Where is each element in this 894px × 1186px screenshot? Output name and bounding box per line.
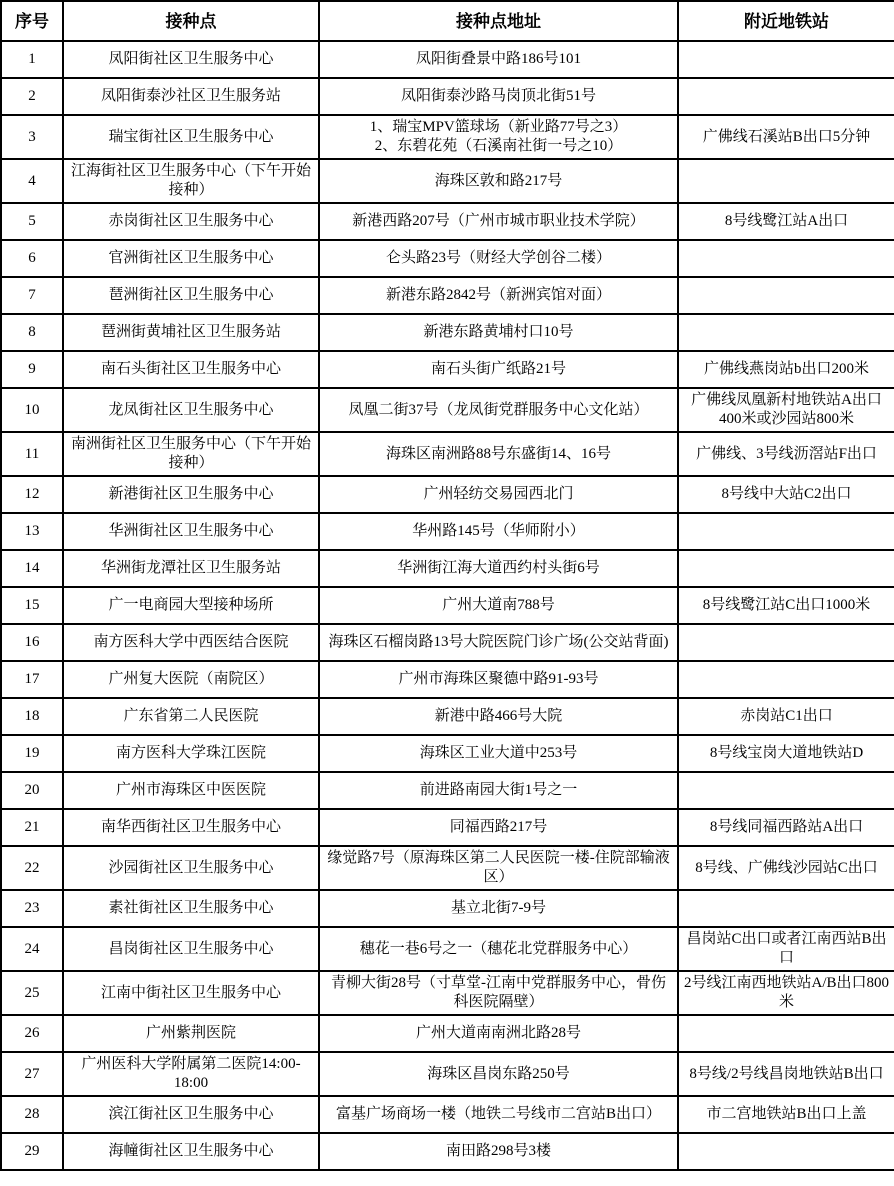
cell-address: 凤阳街叠景中路186号101: [319, 41, 678, 78]
table-row: 6官洲街社区卫生服务中心仑头路23号（财经大学创谷二楼）: [1, 240, 894, 277]
cell-site: 华洲街社区卫生服务中心: [63, 513, 319, 550]
table-row: 16南方医科大学中西医结合医院海珠区石榴岗路13号大院医院门诊广场(公交站背面): [1, 624, 894, 661]
cell-metro: [678, 41, 894, 78]
cell-metro: [678, 890, 894, 927]
table-header-row: 序号 接种点 接种点地址 附近地铁站: [1, 1, 894, 41]
cell-metro: 2号线江南西地铁站A/B出口800米: [678, 971, 894, 1015]
cell-index: 4: [1, 159, 63, 203]
table-row: 22沙园街社区卫生服务中心缘觉路7号（原海珠区第二人民医院一楼-住院部输液区）8…: [1, 846, 894, 890]
cell-site: 广州医科大学附属第二医院14:00-18:00: [63, 1052, 319, 1096]
table-row: 25江南中街社区卫生服务中心青柳大街28号（寸草堂-江南中党群服务中心，骨伤科医…: [1, 971, 894, 1015]
table-row: 14华洲街龙潭社区卫生服务站华洲街江海大道西约村头街6号: [1, 550, 894, 587]
cell-metro: 赤岗站C1出口: [678, 698, 894, 735]
cell-metro: [678, 661, 894, 698]
cell-index: 21: [1, 809, 63, 846]
table-row: 23素社街社区卫生服务中心基立北街7-9号: [1, 890, 894, 927]
cell-site: 广一电商园大型接种场所: [63, 587, 319, 624]
table-row: 9南石头街社区卫生服务中心南石头街广纸路21号广佛线燕岗站b出口200米: [1, 351, 894, 388]
cell-metro: [678, 624, 894, 661]
cell-metro: 广佛线、3号线沥滘站F出口: [678, 432, 894, 476]
cell-metro: 8号线中大站C2出口: [678, 476, 894, 513]
cell-address: 海珠区工业大道中253号: [319, 735, 678, 772]
cell-site: 南洲街社区卫生服务中心（下午开始接种）: [63, 432, 319, 476]
cell-metro: [678, 240, 894, 277]
cell-index: 8: [1, 314, 63, 351]
cell-metro: [678, 772, 894, 809]
cell-site: 琶洲街黄埔社区卫生服务站: [63, 314, 319, 351]
cell-index: 13: [1, 513, 63, 550]
cell-index: 23: [1, 890, 63, 927]
cell-address: 华州路145号（华师附小）: [319, 513, 678, 550]
table-row: 15广一电商园大型接种场所广州大道南788号8号线鹭江站C出口1000米: [1, 587, 894, 624]
cell-index: 16: [1, 624, 63, 661]
column-header-metro: 附近地铁站: [678, 1, 894, 41]
cell-index: 29: [1, 1133, 63, 1170]
cell-index: 10: [1, 388, 63, 432]
cell-address: 南田路298号3楼: [319, 1133, 678, 1170]
table-row: 28滨江街社区卫生服务中心富基广场商场一楼（地铁二号线市二宫站B出口）市二宫地铁…: [1, 1096, 894, 1133]
cell-address: 新港东路黄埔村口10号: [319, 314, 678, 351]
table-row: 21南华西街社区卫生服务中心同福西路217号8号线同福西路站A出口: [1, 809, 894, 846]
cell-index: 25: [1, 971, 63, 1015]
cell-site: 瑞宝街社区卫生服务中心: [63, 115, 319, 159]
table-row: 17广州复大医院（南院区）广州市海珠区聚德中路91-93号: [1, 661, 894, 698]
column-header-index: 序号: [1, 1, 63, 41]
cell-index: 2: [1, 78, 63, 115]
cell-index: 27: [1, 1052, 63, 1096]
cell-address: 广州市海珠区聚德中路91-93号: [319, 661, 678, 698]
cell-index: 17: [1, 661, 63, 698]
cell-site: 琶洲街社区卫生服务中心: [63, 277, 319, 314]
cell-address: 海珠区敦和路217号: [319, 159, 678, 203]
cell-site: 南方医科大学珠江医院: [63, 735, 319, 772]
cell-metro: 8号线、广佛线沙园站C出口: [678, 846, 894, 890]
cell-metro: [678, 1015, 894, 1052]
cell-site: 滨江街社区卫生服务中心: [63, 1096, 319, 1133]
cell-site: 赤岗街社区卫生服务中心: [63, 203, 319, 240]
cell-site: 昌岗街社区卫生服务中心: [63, 927, 319, 971]
table-row: 3瑞宝街社区卫生服务中心1、瑞宝MPV篮球场（新业路77号之3） 2、东碧花苑（…: [1, 115, 894, 159]
cell-address: 新港东路2842号（新洲宾馆对面）: [319, 277, 678, 314]
cell-index: 12: [1, 476, 63, 513]
table-row: 8琶洲街黄埔社区卫生服务站新港东路黄埔村口10号: [1, 314, 894, 351]
cell-metro: 8号线鹭江站A出口: [678, 203, 894, 240]
cell-address: 凤阳街泰沙路马岗顶北街51号: [319, 78, 678, 115]
cell-metro: 市二宫地铁站B出口上盖: [678, 1096, 894, 1133]
table-row: 29海幢街社区卫生服务中心南田路298号3楼: [1, 1133, 894, 1170]
column-header-site: 接种点: [63, 1, 319, 41]
cell-address: 新港中路466号大院: [319, 698, 678, 735]
cell-index: 28: [1, 1096, 63, 1133]
cell-index: 20: [1, 772, 63, 809]
cell-site: 南华西街社区卫生服务中心: [63, 809, 319, 846]
cell-address: 富基广场商场一楼（地铁二号线市二宫站B出口）: [319, 1096, 678, 1133]
cell-metro: 8号线宝岗大道地铁站D: [678, 735, 894, 772]
table-row: 11南洲街社区卫生服务中心（下午开始接种）海珠区南洲路88号东盛街14、16号广…: [1, 432, 894, 476]
cell-address: 海珠区南洲路88号东盛街14、16号: [319, 432, 678, 476]
cell-address: 仑头路23号（财经大学创谷二楼）: [319, 240, 678, 277]
cell-metro: [678, 513, 894, 550]
cell-address: 广州大道南南洲北路28号: [319, 1015, 678, 1052]
cell-address: 穗花一巷6号之一（穗花北党群服务中心）: [319, 927, 678, 971]
cell-site: 海幢街社区卫生服务中心: [63, 1133, 319, 1170]
cell-site: 新港街社区卫生服务中心: [63, 476, 319, 513]
cell-site: 南石头街社区卫生服务中心: [63, 351, 319, 388]
cell-address: 广州轻纺交易园西北门: [319, 476, 678, 513]
cell-site: 凤阳街社区卫生服务中心: [63, 41, 319, 78]
cell-site: 广州复大医院（南院区）: [63, 661, 319, 698]
cell-metro: [678, 277, 894, 314]
cell-site: 官洲街社区卫生服务中心: [63, 240, 319, 277]
vaccination-sites-table: 序号 接种点 接种点地址 附近地铁站 1凤阳街社区卫生服务中心凤阳街叠景中路18…: [0, 0, 894, 1171]
cell-address: 基立北街7-9号: [319, 890, 678, 927]
table-row: 2凤阳街泰沙社区卫生服务站凤阳街泰沙路马岗顶北街51号: [1, 78, 894, 115]
cell-site: 广东省第二人民医院: [63, 698, 319, 735]
column-header-address: 接种点地址: [319, 1, 678, 41]
cell-address: 缘觉路7号（原海珠区第二人民医院一楼-住院部输液区）: [319, 846, 678, 890]
cell-address: 前进路南园大街1号之一: [319, 772, 678, 809]
table-row: 13华洲街社区卫生服务中心华州路145号（华师附小）: [1, 513, 894, 550]
cell-index: 22: [1, 846, 63, 890]
cell-site: 广州紫荆医院: [63, 1015, 319, 1052]
cell-metro: [678, 78, 894, 115]
cell-site: 凤阳街泰沙社区卫生服务站: [63, 78, 319, 115]
cell-address: 青柳大街28号（寸草堂-江南中党群服务中心，骨伤科医院隔壁）: [319, 971, 678, 1015]
cell-address: 海珠区昌岗东路250号: [319, 1052, 678, 1096]
cell-index: 5: [1, 203, 63, 240]
cell-metro: 广佛线凤凰新村地铁站A出口400米或沙园站800米: [678, 388, 894, 432]
cell-address: 新港西路207号（广州市城市职业技术学院）: [319, 203, 678, 240]
cell-address: 华洲街江海大道西约村头街6号: [319, 550, 678, 587]
cell-index: 24: [1, 927, 63, 971]
table-row: 27广州医科大学附属第二医院14:00-18:00海珠区昌岗东路250号8号线/…: [1, 1052, 894, 1096]
cell-index: 3: [1, 115, 63, 159]
cell-site: 广州市海珠区中医医院: [63, 772, 319, 809]
cell-site: 沙园街社区卫生服务中心: [63, 846, 319, 890]
table-row: 10龙凤街社区卫生服务中心凤凰二街37号（龙凤街党群服务中心文化站）广佛线凤凰新…: [1, 388, 894, 432]
cell-site: 南方医科大学中西医结合医院: [63, 624, 319, 661]
cell-address: 海珠区石榴岗路13号大院医院门诊广场(公交站背面): [319, 624, 678, 661]
table-row: 12新港街社区卫生服务中心广州轻纺交易园西北门8号线中大站C2出口: [1, 476, 894, 513]
cell-index: 19: [1, 735, 63, 772]
cell-metro: [678, 550, 894, 587]
cell-metro: 广佛线石溪站B出口5分钟: [678, 115, 894, 159]
cell-site: 江南中街社区卫生服务中心: [63, 971, 319, 1015]
table-row: 18广东省第二人民医院新港中路466号大院赤岗站C1出口: [1, 698, 894, 735]
cell-index: 15: [1, 587, 63, 624]
table-row: 24昌岗街社区卫生服务中心穗花一巷6号之一（穗花北党群服务中心）昌岗站C出口或者…: [1, 927, 894, 971]
cell-metro: 昌岗站C出口或者江南西站B出口: [678, 927, 894, 971]
cell-index: 26: [1, 1015, 63, 1052]
cell-index: 14: [1, 550, 63, 587]
table-row: 19南方医科大学珠江医院海珠区工业大道中253号8号线宝岗大道地铁站D: [1, 735, 894, 772]
cell-index: 9: [1, 351, 63, 388]
table-row: 20广州市海珠区中医医院前进路南园大街1号之一: [1, 772, 894, 809]
cell-index: 11: [1, 432, 63, 476]
cell-address: 凤凰二街37号（龙凤街党群服务中心文化站）: [319, 388, 678, 432]
vaccination-sites-page: 序号 接种点 接种点地址 附近地铁站 1凤阳街社区卫生服务中心凤阳街叠景中路18…: [0, 0, 894, 1171]
table-row: 4江海街社区卫生服务中心（下午开始接种）海珠区敦和路217号: [1, 159, 894, 203]
cell-address: 1、瑞宝MPV篮球场（新业路77号之3） 2、东碧花苑（石溪南社街一号之10）: [319, 115, 678, 159]
cell-metro: 8号线同福西路站A出口: [678, 809, 894, 846]
cell-metro: [678, 159, 894, 203]
cell-metro: 8号线/2号线昌岗地铁站B出口: [678, 1052, 894, 1096]
cell-site: 华洲街龙潭社区卫生服务站: [63, 550, 319, 587]
cell-metro: 广佛线燕岗站b出口200米: [678, 351, 894, 388]
cell-site: 江海街社区卫生服务中心（下午开始接种）: [63, 159, 319, 203]
cell-index: 7: [1, 277, 63, 314]
table-row: 7琶洲街社区卫生服务中心新港东路2842号（新洲宾馆对面）: [1, 277, 894, 314]
cell-index: 6: [1, 240, 63, 277]
cell-address: 广州大道南788号: [319, 587, 678, 624]
cell-index: 18: [1, 698, 63, 735]
cell-metro: 8号线鹭江站C出口1000米: [678, 587, 894, 624]
cell-index: 1: [1, 41, 63, 78]
cell-metro: [678, 314, 894, 351]
cell-address: 南石头街广纸路21号: [319, 351, 678, 388]
cell-address: 同福西路217号: [319, 809, 678, 846]
cell-site: 龙凤街社区卫生服务中心: [63, 388, 319, 432]
table-row: 26广州紫荆医院广州大道南南洲北路28号: [1, 1015, 894, 1052]
table-row: 1凤阳街社区卫生服务中心凤阳街叠景中路186号101: [1, 41, 894, 78]
table-row: 5赤岗街社区卫生服务中心新港西路207号（广州市城市职业技术学院）8号线鹭江站A…: [1, 203, 894, 240]
cell-site: 素社街社区卫生服务中心: [63, 890, 319, 927]
cell-metro: [678, 1133, 894, 1170]
